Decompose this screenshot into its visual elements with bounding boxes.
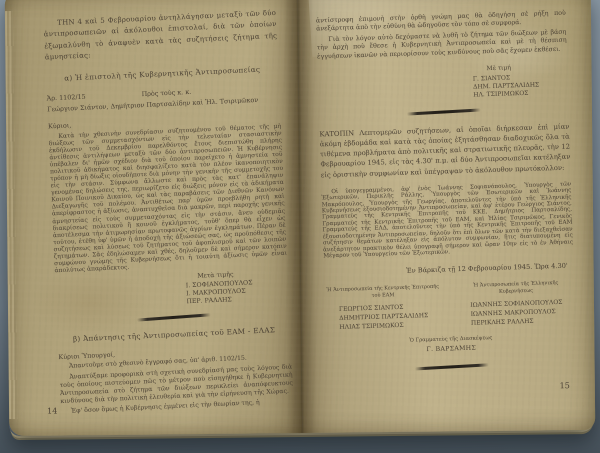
ink-divider (407, 108, 481, 115)
dateline-varkiza: Ἐν Βάρκιζα τῇ 12 Φεβρουαρίου 1945. Ὥρα 4… (324, 261, 568, 277)
signature-block-left-page: Μετὰ τιμῆς Ι. ΣΟΦΙΑΝΟΠΟΥΛΟΣ Ι. ΜΑΚΡΟΠΟΥΛ… (185, 268, 289, 306)
addressee-label: Πρὸς τοὺς κ. κ. (141, 88, 191, 98)
page-right: ἀντίστροφη ἐπιμονὴ στὴν ὀρθὴ γνώμη μας θ… (298, 0, 596, 433)
section-a-heading: α) Ἡ ἐπιστολὴ τῆς Κυβερνητικῆς Ἀντιπροσω… (46, 64, 279, 84)
letter-a-body: Κατὰ τὴν χθεσινὴν συνεδρίασιν συζητουμέν… (48, 123, 287, 274)
section-b-heading: β) Ἀπάντησις τῆς Ἀντιπροσωπείας τοῦ ΕΑΜ … (57, 325, 290, 345)
page-right-content: ἀντίστροφη ἐπιμονὴ στὴν ὀρθὴ γνώμη μας θ… (298, 0, 596, 433)
column-header-government: Ἡ Ἀντιπροσωπεία τῆς Ἑλληνικῆς Κυβερνήσεω… (457, 279, 574, 297)
ink-divider (415, 363, 489, 370)
open-book: ΤΗΝ 4 καὶ 5 Φεβρουαρίου ἀντηλλάγησαν μετ… (5, 0, 596, 436)
signature-column-government: Ἡ Ἀντιπροσωπεία τῆς Ἑλληνικῆς Κυβερνήσεω… (457, 279, 575, 329)
signature-block-eam: Μὲ τιμή Γ. ΣΙΑΝΤΟΣ ΔΗΜ. ΠΑΡΤΣΑΛΙΔΗΣ ΗΛ. … (472, 63, 568, 101)
signatory-name: ΗΛ. ΤΣΙΡΙΜΩΚΟΣ (473, 89, 568, 100)
ink-divider (136, 314, 210, 322)
katopin-paragraph: ΚΑΤΟΠΙΝ Λεπτομερῶν συζητήσεων, αἱ ὁποῖαι… (319, 121, 570, 180)
protocol-paragraph: Οἱ ὑπογεγραμμένοι, ἀφ' ἑνὸς Ἰωάννης Σοφι… (321, 181, 573, 260)
signature-column-eam: Ἡ Ἀντιπροσωπεία τῆς Κεντρικῆς Ἐπιτροπῆς … (324, 283, 442, 333)
column-header-eam: Ἡ Ἀντιπροσωπεία τῆς Κεντρικῆς Ἐπιτροπῆς … (324, 283, 441, 301)
reference-number: Ἀρ. 1102/15 (47, 93, 86, 103)
column-names-eam: ΓΕΩΡΓΙΟΣ ΣΙΑΝΤΟΣ ΔΗΜΗΤΡΙΟΣ ΠΑΡΤΣΑΛΙΔΗΣ Η… (339, 302, 429, 332)
intro-paragraph: ΤΗΝ 4 καὶ 5 Φεβρουαρίου ἀντηλλάγησαν μετ… (43, 8, 278, 64)
continuation-paragraph: Γιὰ τὸν λόγον αὐτὸ δεχόμαστε νὰ λυθῆ τὸ … (316, 28, 567, 61)
page-left: ΤΗΝ 4 καὶ 5 Φεβρουαρίου ἀντηλλάγησαν μετ… (5, 0, 303, 436)
signature-columns: Ἡ Ἀντιπροσωπεία τῆς Κεντρικῆς Ἐπιτροπῆς … (324, 279, 575, 333)
photo-background: ΤΗΝ 4 καὶ 5 Φεβρουαρίου ἀντηλλάγησαν μετ… (0, 0, 600, 453)
page-left-content: ΤΗΝ 4 καὶ 5 Φεβρουαρίου ἀντηλλάγησαν μετ… (5, 0, 303, 436)
column-names-government: ΙΩΑΝΝΗΣ ΣΟΦΙΑΝΟΠΟΥΛΟΣ ΙΩΑΝΝΗΣ ΜΑΚΡΟΠΟΥΛΟ… (470, 297, 563, 327)
